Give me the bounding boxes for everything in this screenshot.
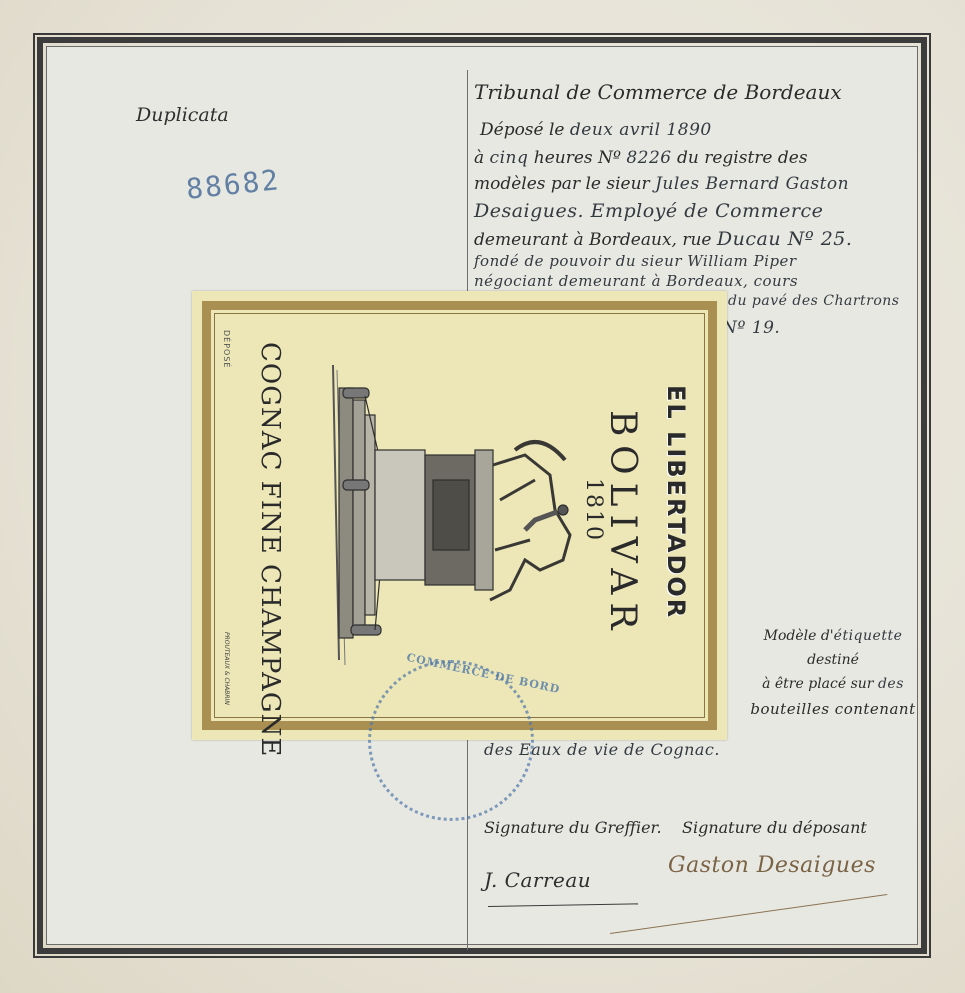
handwritten-text: cinq: [490, 148, 529, 168]
printed-text: heures Nº: [534, 148, 621, 168]
handwritten-text: 8226: [626, 148, 671, 168]
printed-text: modèles par le sieur: [474, 174, 650, 194]
deposant-signature-label: Signature du déposant: [682, 818, 867, 837]
model-description: Modèle d'étiquette destiné à être placé …: [738, 628, 928, 724]
deposit-line-8: du pavé des Chartrons: [728, 293, 899, 309]
printed-text: à: [474, 148, 484, 168]
deposit-line-5: demeurant à Bordeaux, rue Ducau Nº 25.: [474, 228, 852, 250]
label-title-line2: BOLIVAR: [602, 410, 643, 637]
handwritten-text: étiquette: [834, 628, 903, 644]
printed-text: Modèle d': [764, 628, 834, 644]
court-title: Tribunal de Commerce de Bordeaux: [474, 80, 842, 104]
handwritten-text: Jules Bernard Gaston: [655, 174, 849, 194]
deposant-signature: Gaston Desaigues: [668, 853, 876, 878]
deposit-line-3: modèles par le sieur Jules Bernard Gasto…: [474, 174, 849, 194]
model-desc-line-4: bouteilles contenant: [738, 700, 928, 724]
model-desc-line-5: des Eaux de vie de Cognac.: [484, 740, 720, 759]
handwritten-text: Ducau Nº 25.: [717, 228, 853, 250]
deposit-line-4: Desaigues. Employé de Commerce: [474, 200, 823, 222]
label-registered-mark: DÉPOSÉ: [222, 330, 231, 368]
deposit-line-2: à cinq heures Nº 8226 du registre des: [474, 148, 808, 168]
model-desc-line-3: à être placé sur des: [738, 676, 928, 700]
label-product-name: COGNAC FINE CHAMPAGNE: [255, 342, 285, 757]
deposit-line-7: négociant demeurant à Bordeaux, cours: [474, 272, 798, 290]
label-printer-credit: PROUTEAUX & CHABRIN: [223, 632, 230, 705]
duplicata-annotation: Duplicata: [136, 104, 229, 126]
printed-text: à être placé sur: [762, 676, 873, 692]
label-title-line1: EL LIBERTADOR: [662, 385, 690, 619]
greffier-signature-label: Signature du Greffier.: [484, 818, 662, 837]
deposit-line-1: Déposé le deux avril 1890: [480, 120, 712, 140]
deposit-line-6: fondé de pouvoir du sieur William Piper: [474, 252, 797, 270]
printed-text: Déposé le: [480, 120, 565, 140]
printed-text: du registre des: [677, 148, 808, 168]
greffier-signature: J. Carreau: [484, 868, 591, 892]
statue-illustration: [325, 360, 585, 670]
printed-text: demeurant à Bordeaux, rue: [474, 230, 711, 250]
model-desc-line-1: Modèle d'étiquette: [738, 628, 928, 652]
handwritten-text: deux avril 1890: [570, 120, 712, 140]
deposit-line-9: Nº 19.: [722, 318, 780, 338]
handwritten-text: des: [878, 676, 904, 692]
model-desc-line-2: destiné: [738, 652, 928, 676]
